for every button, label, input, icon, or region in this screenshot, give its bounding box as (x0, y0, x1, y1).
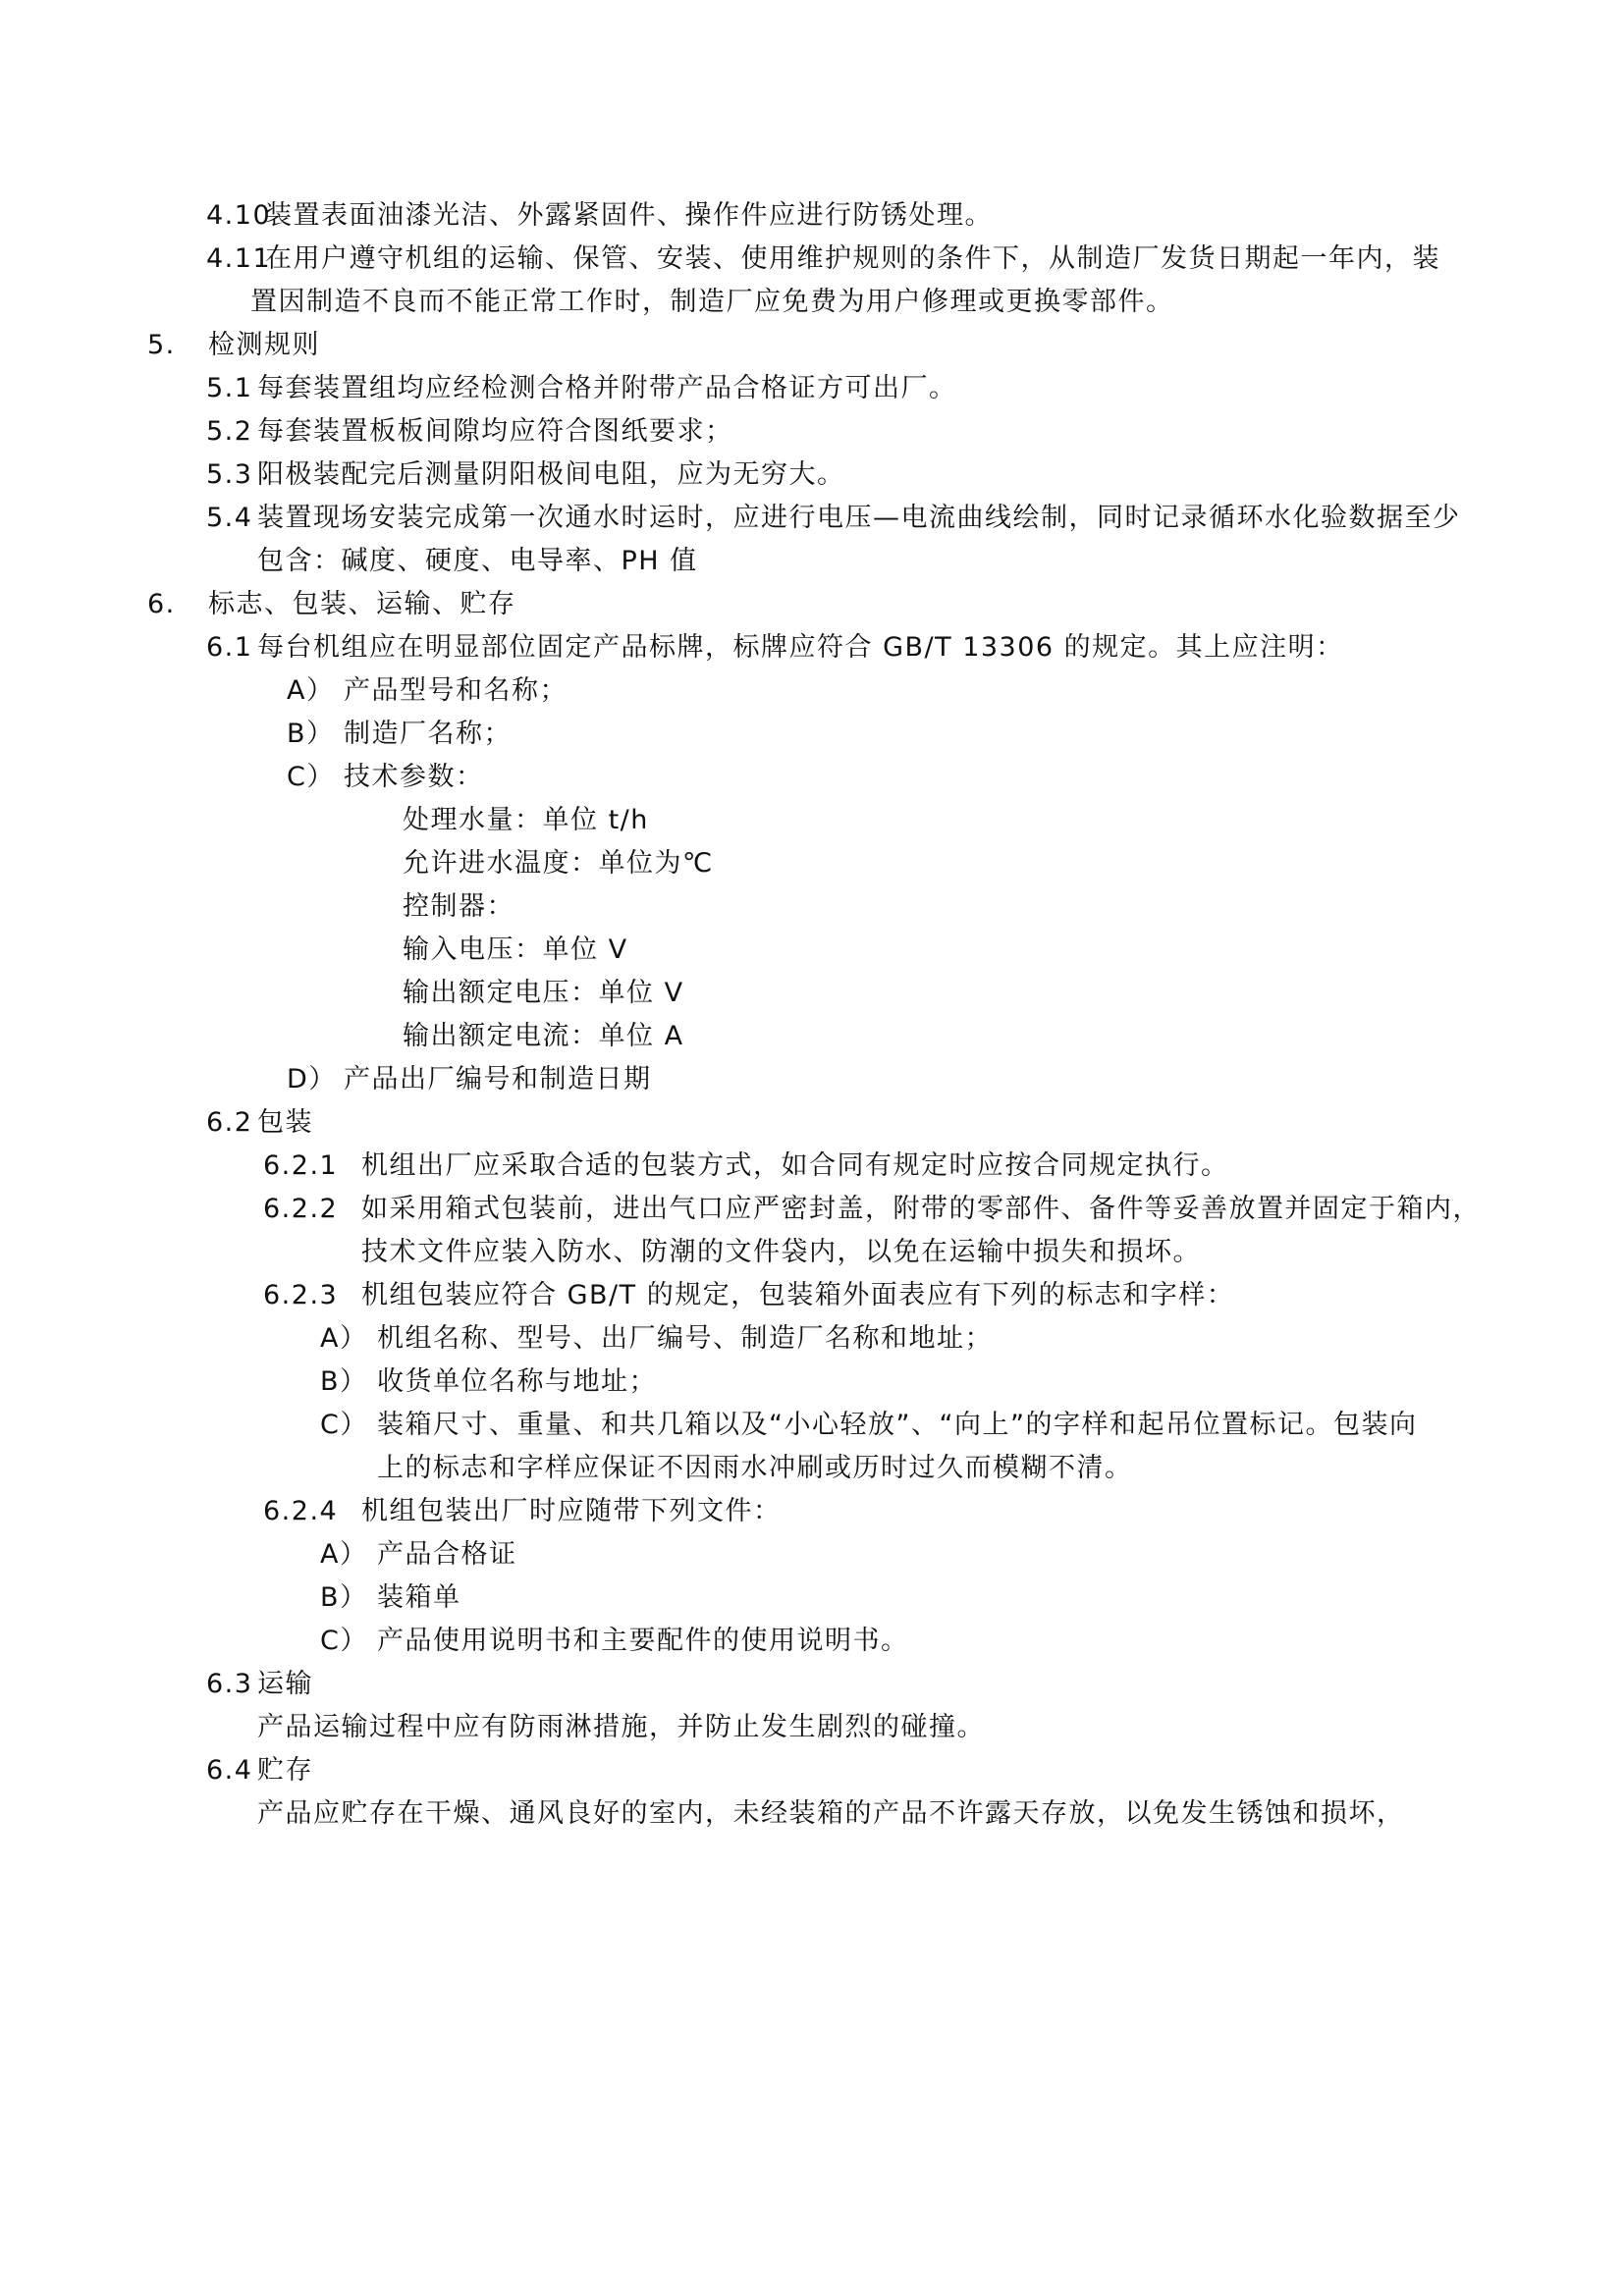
section-5-heading: 5.检测规则 (147, 328, 320, 363)
param-text: 控制器： (403, 891, 514, 922)
clause-4-10: 4.10装置表面油漆光洁、外露紧固件、操作件应进行防锈处理。 (206, 198, 993, 234)
clause-6-2-1: 6.2.1机组出厂应采取合适的包装方式，如合同有规定时应按合同规定执行。 (263, 1148, 1229, 1184)
clause-number: 6.2 (206, 1105, 257, 1141)
clause-6-3-heading: 6.3运输 (206, 1667, 313, 1702)
param-text: 输出额定电压：单位 V (403, 978, 684, 1008)
clause-6-2-2-cont: 技术文件应装入防水、防潮的文件袋内，以免在运输中损失和损坏。 (361, 1235, 1201, 1270)
clause-6-3-text: 产品运输过程中应有防雨淋措施，并防止发生剧烈的碰撞。 (257, 1710, 985, 1745)
clause-text: 机组出厂应采取合适的包装方式，如合同有规定时应按合同规定执行。 (361, 1150, 1229, 1181)
clause-text: 装置表面油漆光洁、外露紧固件、操作件应进行防锈处理。 (265, 200, 993, 231)
list-item-6-1-a: A）产品型号和名称； (287, 673, 568, 709)
clause-number: 4.11 (206, 241, 265, 277)
clause-6-2-heading: 6.2包装 (206, 1105, 313, 1141)
list-item-6-2-4-b: B）装箱单 (320, 1580, 461, 1616)
param-text: 输出额定电流：单位 A (403, 1021, 684, 1051)
clause-text: 阳极装配完后测量阴阳极间电阻，应为无穷大。 (257, 459, 845, 490)
list-text: 技术参数： (344, 762, 484, 792)
list-item-6-2-4-c: C）产品使用说明书和主要配件的使用说明书。 (320, 1624, 909, 1659)
clause-4-11-cont: 置因制造不良而不能正常工作时，制造厂应免费为用户修理或更换零部件。 (250, 285, 1174, 320)
list-item-6-1-b: B）制造厂名称； (287, 717, 512, 752)
param-item: 处理水量：单位 t/h (403, 803, 649, 838)
section-number: 6. (147, 587, 208, 622)
list-text: 制造厂名称； (344, 719, 512, 749)
list-label: D） (287, 1062, 344, 1097)
param-item: 控制器： (403, 889, 514, 925)
clause-4-11: 4.11在用户遵守机组的运输、保管、安装、使用维护规则的条件下，从制造厂发货日期… (206, 241, 1440, 277)
clause-number: 5.3 (206, 457, 257, 493)
clause-text: 包含：碱度、硬度、电导率、PH 值 (257, 546, 698, 576)
list-item-6-2-3-a: A）机组名称、型号、出厂编号、制造厂名称和地址； (320, 1321, 993, 1357)
clause-number: 6.4 (206, 1753, 257, 1789)
list-label: C） (320, 1408, 377, 1443)
clause-6-4-text: 产品应贮存在干燥、通风良好的室内，未经装箱的产品不许露天存放，以免发生锈蚀和损坏… (257, 1796, 1405, 1832)
clause-5-4: 5.4装置现场安装完成第一次通水时运时，应进行电压—电流曲线绘制，同时记录循环水… (206, 501, 1461, 536)
section-number: 5. (147, 328, 208, 363)
clause-5-1: 5.1每套装置组均应经检测合格并附带产品合格证方可出厂。 (206, 371, 957, 406)
list-text: 装箱尺寸、重量、和共几箱以及“小心轻放”、“向上”的字样和起吊位置标记。包装向 (377, 1410, 1417, 1440)
list-label: B） (287, 717, 344, 752)
list-label: A） (320, 1537, 377, 1573)
list-label: C） (320, 1624, 377, 1659)
param-item: 输入电压：单位 V (403, 933, 628, 968)
list-text: 上的标志和字样应保证不因雨水冲刷或历时过久而模糊不清。 (377, 1453, 1133, 1483)
list-item-6-2-3-c: C）装箱尺寸、重量、和共几箱以及“小心轻放”、“向上”的字样和起吊位置标记。包装… (320, 1408, 1417, 1443)
clause-number: 5.4 (206, 501, 257, 536)
clause-title: 贮存 (257, 1755, 313, 1786)
clause-text: 每套装置板板间隙均应符合图纸要求； (257, 416, 733, 447)
clause-number: 6.3 (206, 1667, 257, 1702)
list-item-6-2-3-c-cont: 上的标志和字样应保证不因雨水冲刷或历时过久而模糊不清。 (377, 1451, 1133, 1486)
param-item: 输出额定电流：单位 A (403, 1019, 684, 1054)
clause-6-1: 6.1每台机组应在明显部位固定产品标牌，标牌应符合 GB/T 13306 的规定… (206, 630, 1344, 666)
clause-number: 5.1 (206, 371, 257, 406)
list-label: A） (287, 673, 344, 709)
list-text: 产品合格证 (377, 1539, 517, 1570)
clause-number: 6.2.3 (263, 1278, 361, 1313)
list-item-6-1-c: C）技术参数： (287, 760, 484, 795)
clause-5-3: 5.3阳极装配完后测量阴阳极间电阻，应为无穷大。 (206, 457, 845, 493)
param-item: 输出额定电压：单位 V (403, 976, 684, 1011)
clause-number: 6.2.4 (263, 1494, 361, 1529)
clause-6-2-4: 6.2.4机组包装出厂时应随带下列文件： (263, 1494, 782, 1529)
clause-number: 6.2.2 (263, 1192, 361, 1227)
clause-text: 产品应贮存在干燥、通风良好的室内，未经装箱的产品不许露天存放，以免发生锈蚀和损坏… (257, 1798, 1405, 1829)
param-text: 允许进水温度：单位为℃ (403, 848, 714, 879)
list-label: B） (320, 1364, 377, 1400)
clause-text: 机组包装出厂时应随带下列文件： (361, 1496, 782, 1526)
clause-text: 装置现场安装完成第一次通水时运时，应进行电压—电流曲线绘制，同时记录循环水化验数… (257, 503, 1461, 533)
clause-text: 如采用箱式包装前，进出气口应严密封盖，附带的零部件、备件等妥善放置并固定于箱内， (361, 1194, 1481, 1224)
clause-6-4-heading: 6.4贮存 (206, 1753, 313, 1789)
clause-title: 运输 (257, 1669, 313, 1699)
clause-text: 机组包装应符合 GB/T 的规定，包装箱外面表应有下列的标志和字样： (361, 1280, 1234, 1310)
section-title: 标志、包装、运输、贮存 (208, 589, 516, 619)
document-page: 4.10装置表面油漆光洁、外露紧固件、操作件应进行防锈处理。 4.11在用户遵守… (0, 0, 1624, 2296)
clause-text: 置因制造不良而不能正常工作时，制造厂应免费为用户修理或更换零部件。 (250, 287, 1174, 317)
list-text: 收货单位名称与地址； (377, 1366, 657, 1397)
list-item-6-2-3-b: B）收货单位名称与地址； (320, 1364, 657, 1400)
list-text: 产品型号和名称； (344, 675, 568, 706)
clause-number: 6.1 (206, 630, 257, 666)
list-label: A） (320, 1321, 377, 1357)
clause-6-2-2: 6.2.2如采用箱式包装前，进出气口应严密封盖，附带的零部件、备件等妥善放置并固… (263, 1192, 1481, 1227)
clause-text: 产品运输过程中应有防雨淋措施，并防止发生剧烈的碰撞。 (257, 1712, 985, 1742)
list-text: 产品使用说明书和主要配件的使用说明书。 (377, 1626, 909, 1656)
clause-6-2-3: 6.2.3机组包装应符合 GB/T 的规定，包装箱外面表应有下列的标志和字样： (263, 1278, 1234, 1313)
clause-text: 每台机组应在明显部位固定产品标牌，标牌应符合 GB/T 13306 的规定。其上… (257, 632, 1344, 663)
clause-number: 6.2.1 (263, 1148, 361, 1184)
clause-text: 在用户遵守机组的运输、保管、安装、使用维护规则的条件下，从制造厂发货日期起一年内… (265, 243, 1440, 274)
list-text: 机组名称、型号、出厂编号、制造厂名称和地址； (377, 1323, 993, 1354)
section-title: 检测规则 (208, 330, 320, 360)
list-item-6-1-d: D）产品出厂编号和制造日期 (287, 1062, 652, 1097)
clause-number: 4.10 (206, 198, 265, 234)
list-text: 装箱单 (377, 1582, 461, 1613)
param-text: 处理水量：单位 t/h (403, 805, 649, 835)
clause-5-2: 5.2每套装置板板间隙均应符合图纸要求； (206, 414, 733, 450)
list-label: B） (320, 1580, 377, 1616)
section-6-heading: 6.标志、包装、运输、贮存 (147, 587, 516, 622)
param-item: 允许进水温度：单位为℃ (403, 846, 714, 881)
list-item-6-2-4-a: A）产品合格证 (320, 1537, 517, 1573)
clause-number: 5.2 (206, 414, 257, 450)
clause-text: 每套装置组均应经检测合格并附带产品合格证方可出厂。 (257, 373, 957, 403)
list-label: C） (287, 760, 344, 795)
clause-text: 技术文件应装入防水、防潮的文件袋内，以免在运输中损失和损坏。 (361, 1237, 1201, 1267)
list-text: 产品出厂编号和制造日期 (344, 1064, 652, 1095)
clause-5-4-cont: 包含：碱度、硬度、电导率、PH 值 (257, 544, 698, 579)
param-text: 输入电压：单位 V (403, 934, 628, 965)
clause-title: 包装 (257, 1107, 313, 1138)
